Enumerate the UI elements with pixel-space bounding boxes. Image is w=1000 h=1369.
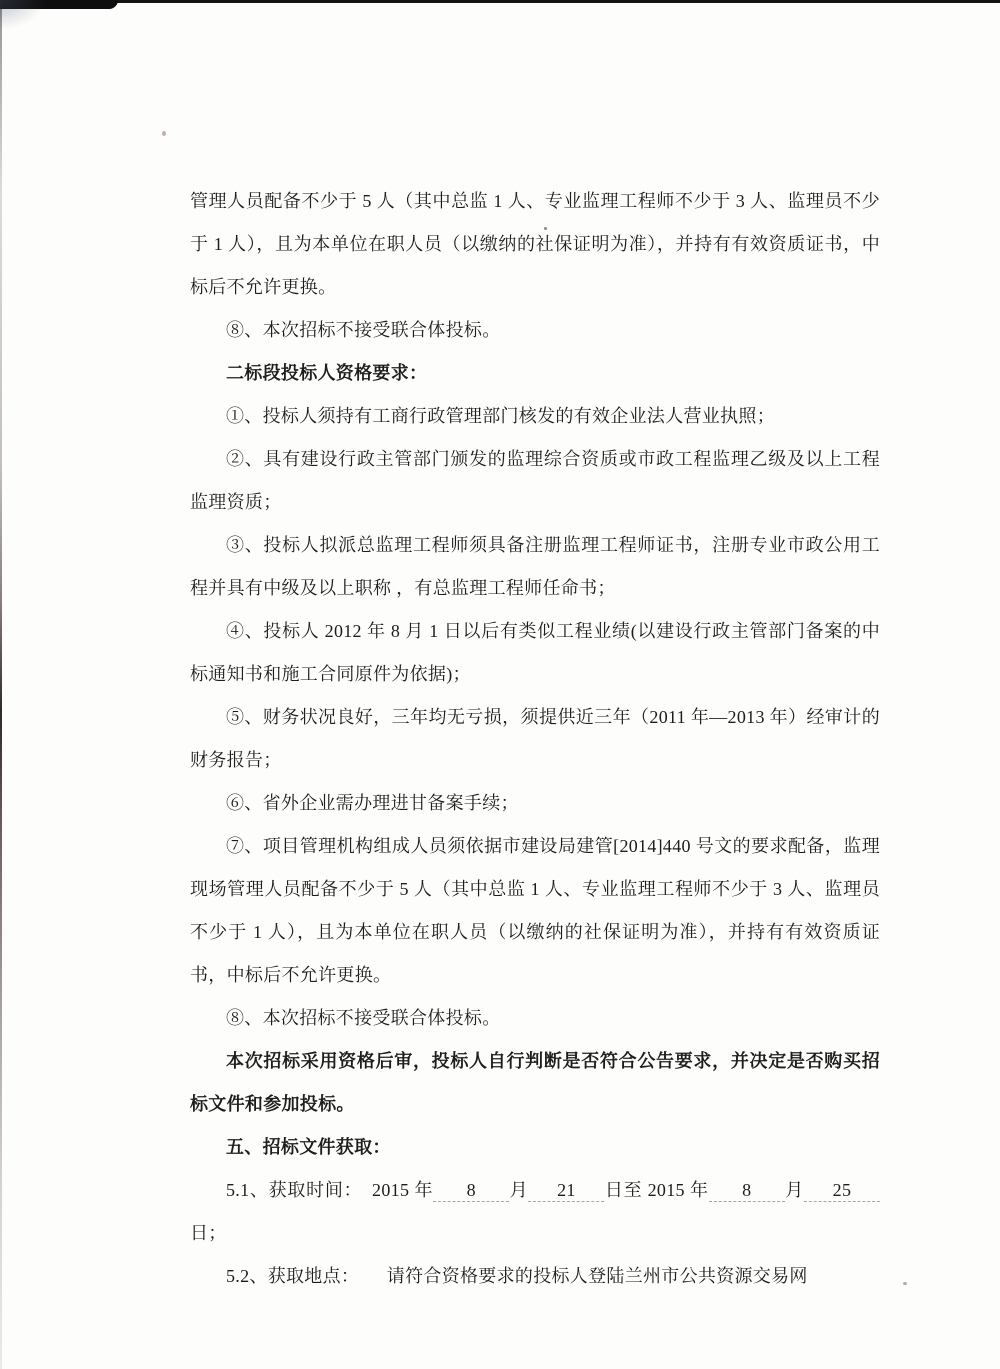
text-run: 月 [785,1180,804,1200]
fill-in-blank-value: 8 [709,1180,785,1202]
text-run: ③、投标人拟派总监理工程师须具备注册监理工程师证书，注册专业市政公用工程并具有中… [190,535,880,598]
text-run: 日； [190,1223,227,1243]
text-run: 二标段投标人资格要求： [226,363,427,383]
text-run: ⑥、省外企业需办理进甘备案手续； [226,793,519,813]
fill-in-blank-value: 8 [433,1180,509,1202]
text-run: ⑧、本次招标不接受联合体投标。 [226,1008,501,1028]
scan-artifact-top-edge [0,0,1000,3]
para-item-6: ⑥、省外企业需办理进甘备案手续； [190,782,880,825]
para-item-8-second: ⑧、本次招标不接受联合体投标。 [190,997,880,1040]
text-run: ①、投标人须持有工商行政管理部门核发的有效企业法人营业执照； [226,406,775,426]
scanned-document-page: 管理人员配备不少于 5 人（其中总监 1 人、专业监理工程师不少于 3 人、监理… [0,0,1000,1369]
text-run: 月 [509,1180,528,1200]
text-run: ②、具有建设行政主管部门颁发的监理综合资质或市政工程监理乙级及以上工程监理资质； [190,449,880,512]
text-run: ④、投标人 2012 年 8 月 1 日以后有类似工程业绩(以建设行政主管部门备… [190,621,880,684]
para-section5-heading: 五、招标文件获取： [190,1126,880,1169]
text-run: ⑤、财务状况良好，三年均无亏损，须提供近三年（2011 年—2013 年）经审计… [190,707,880,770]
para-item-2: ②、具有建设行政主管部门颁发的监理综合资质或市政工程监理乙级及以上工程监理资质； [190,438,880,524]
text-run: 日至 2015 年 [604,1180,708,1200]
text-run: 5.1、获取时间： 2015 年 [226,1180,433,1200]
text-run: 管理人员配备不少于 5 人（其中总监 1 人、专业监理工程师不少于 3 人、监理… [190,191,880,297]
fill-in-blank-value: 21 [528,1180,604,1202]
para-item-5: ⑤、财务状况良好，三年均无亏损，须提供近三年（2011 年—2013 年）经审计… [190,696,880,782]
scan-speck [162,131,166,136]
text-run: 五、招标文件获取： [226,1137,391,1157]
document-body: 管理人员配备不少于 5 人（其中总监 1 人、专业监理工程师不少于 3 人、监理… [190,180,880,1298]
text-run: 本次招标采用资格后审，投标人自行判断是否符合公告要求，并决定是否购买招标文件和参… [190,1051,880,1114]
para-item-1: ①、投标人须持有工商行政管理部门核发的有效企业法人营业执照； [190,395,880,438]
para-item-4: ④、投标人 2012 年 8 月 1 日以后有类似工程业绩(以建设行政主管部门备… [190,610,880,696]
para-item-8-first: ⑧、本次招标不接受联合体投标。 [190,309,880,352]
para-5-2-obtain-place: 5.2、获取地点： 请符合资格要求的投标人登陆兰州市公共资源交易网 [190,1255,880,1298]
scan-artifact-left-edge [0,0,2,1369]
text-run: ⑦、项目管理机构组成人员须依据市建设局建管[2014]440 号文的要求配备，监… [190,836,880,985]
text-run: 5.2、获取地点： 请符合资格要求的投标人登陆兰州市公共资源交易网 [226,1266,808,1286]
para-item-7: ⑦、项目管理机构组成人员须依据市建设局建管[2014]440 号文的要求配备，监… [190,825,880,997]
text-run: ⑧、本次招标不接受联合体投标。 [226,320,501,340]
scan-speck [903,1282,907,1285]
para-section2-heading: 二标段投标人资格要求： [190,352,880,395]
para-postqualification-note: 本次招标采用资格后审，投标人自行判断是否符合公告要求，并决定是否购买招标文件和参… [190,1040,880,1126]
para-continuation-staffing: 管理人员配备不少于 5 人（其中总监 1 人、专业监理工程师不少于 3 人、监理… [190,180,880,309]
para-5-1-obtain-time: 5.1、获取时间： 2015 年8月21日至 2015 年8月25日； [190,1169,880,1255]
scan-artifact-corner-shade [0,0,46,30]
fill-in-blank-value: 25 [804,1180,880,1202]
para-item-3: ③、投标人拟派总监理工程师须具备注册监理工程师证书，注册专业市政公用工程并具有中… [190,524,880,610]
